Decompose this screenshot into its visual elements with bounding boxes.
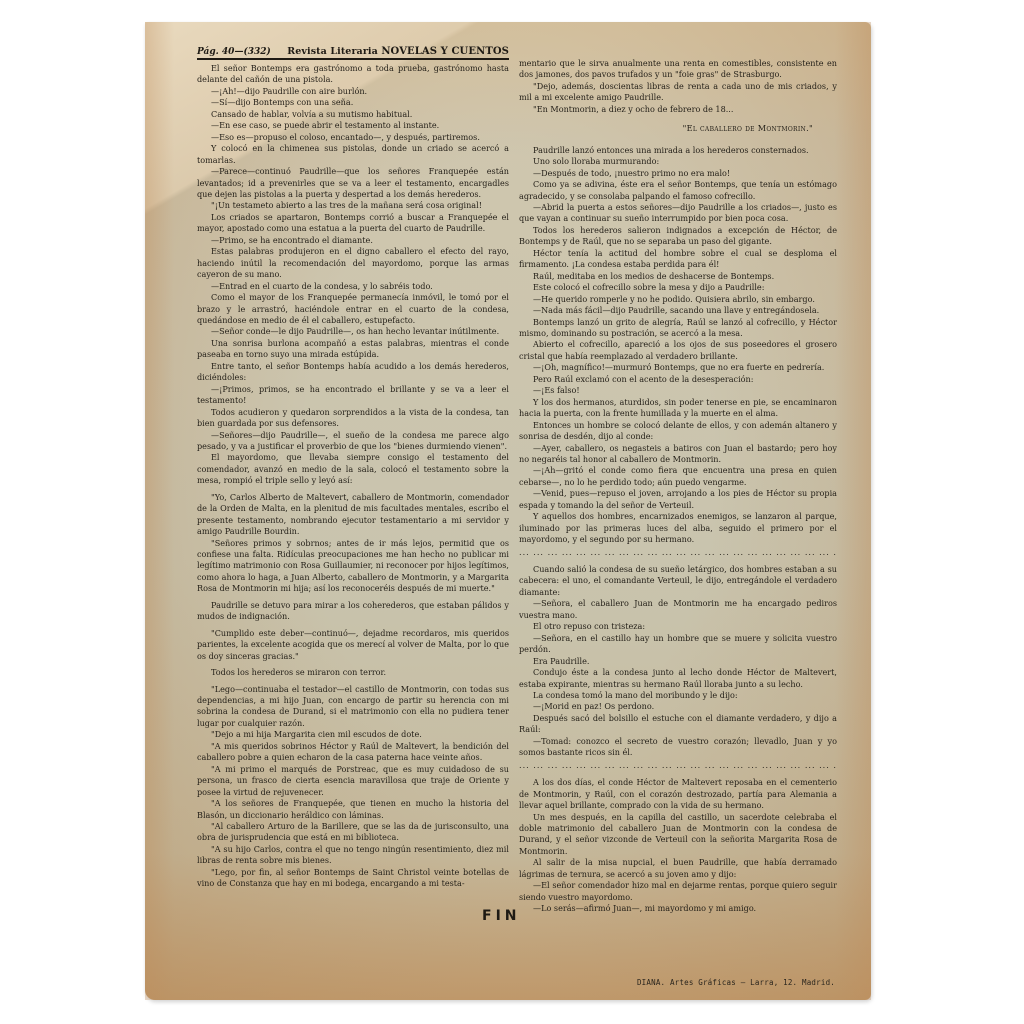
paragraph: Como ya se adivina, éste era el señor Bo… xyxy=(519,179,837,202)
printer-imprint: DIANA. Artes Gráficas — Larra, 12. Madri… xyxy=(637,978,835,987)
paragraph: —Señora, en el castillo hay un hombre qu… xyxy=(519,633,837,656)
paragraph: —Señor conde—le dijo Paudrille—, os han … xyxy=(197,326,509,337)
paragraph: Un mes después, en la capilla del castil… xyxy=(519,812,837,858)
paragraph: —Primo, se ha encontrado el diamante. xyxy=(197,235,509,246)
paragraph: —Venid, pues—repuso el joven, arrojando … xyxy=(519,488,837,511)
magazine-title-name: NOVELAS Y CUENTOS xyxy=(381,46,509,57)
paragraph: mentario que le sirva anualmente una ren… xyxy=(519,58,837,81)
paragraph: Héctor tenía la actitud del hombre sobre… xyxy=(519,248,837,271)
paragraph: —El señor comendador hizo mal en dejarme… xyxy=(519,880,837,903)
paragraph: Como el mayor de los Franquepée permanec… xyxy=(197,292,509,326)
left-text-column: El señor Bontemps era gastrónomo a toda … xyxy=(197,63,509,890)
paragraph: "En Montmorin, a diez y ocho de febrero … xyxy=(519,104,837,115)
paragraph: Y los dos hermanos, aturdidos, sin poder… xyxy=(519,397,837,420)
paragraph: Y aquellos dos hombres, encarnizados ene… xyxy=(519,511,837,545)
paragraph: Paudrille lanzó entonces una mirada a lo… xyxy=(519,145,837,156)
paragraph: Una sonrisa burlona acompañó a estas pal… xyxy=(197,338,509,361)
paragraph: "Señores primos y sobrnos; antes de ir m… xyxy=(197,538,509,595)
paragraph: —Nada más fácil—dijo Paudrille, sacando … xyxy=(519,305,837,316)
signature: "El caballero de Montmorin." xyxy=(519,123,813,134)
paragraph: —¡Es falso! xyxy=(519,385,837,396)
page-number: Pág. 40—(332) xyxy=(197,47,271,57)
paragraph: —En ese caso, se puede abrir el testamen… xyxy=(197,120,509,131)
paragraph: Raúl, meditaba en los medios de deshacer… xyxy=(519,271,837,282)
paragraph: A los dos días, el conde Héctor de Malte… xyxy=(519,777,837,811)
paragraph: Bontemps lanzó un grito de alegría, Raúl… xyxy=(519,317,837,340)
paragraph: —Eso es—propuso el coloso, encantado—, y… xyxy=(197,132,509,143)
section-break: ... ... ... ... ... ... ... ... ... ... … xyxy=(519,760,837,771)
paragraph: "A su hijo Carlos, contra el que no teng… xyxy=(197,844,509,867)
paragraph: —¡Morid en paz! Os perdono. xyxy=(519,701,837,712)
paragraph: "A mis queridos sobrinos Héctor y Raúl d… xyxy=(197,741,509,764)
paragraph: Todos acudieron y quedaron sorprendidos … xyxy=(197,407,509,430)
paragraph: La condesa tomó la mano del moribundo y … xyxy=(519,690,837,701)
magazine-title-prefix: Revista Literaria xyxy=(287,46,378,57)
paragraph: Paudrille se detuvo para mirar a los coh… xyxy=(197,600,509,623)
paragraph: Y colocó en la chimenea sus pistolas, do… xyxy=(197,143,509,166)
paragraph: —¡Ah!—dijo Paudrille con aire burlón. xyxy=(197,86,509,97)
paragraph: —Abrid la puerta a estos señores—dijo Pa… xyxy=(519,202,837,225)
paragraph: "¡Un testameto abierto a las tres de la … xyxy=(197,200,509,211)
magazine-title: Revista Literaria NOVELAS Y CUENTOS xyxy=(287,46,509,57)
paragraph: —¡Ah—gritó el conde como fiera que encue… xyxy=(519,465,837,488)
paragraph: —Parece—continuó Paudrille—que los señor… xyxy=(197,166,509,200)
page-header: Pág. 40—(332) Revista Literaria NOVELAS … xyxy=(197,46,509,60)
paragraph: "Cumplido este deber—continuó—, dejadme … xyxy=(197,628,509,662)
paragraph: "A mi primo el marqués de Porstreac, que… xyxy=(197,764,509,798)
paragraph: "Yo, Carlos Alberto de Maltevert, caball… xyxy=(197,492,509,538)
paragraph: Al salir de la misa nupcial, el buen Pau… xyxy=(519,857,837,880)
paragraph: "Al caballero Arturo de la Barillere, qu… xyxy=(197,821,509,844)
paragraph: Todos los herederos se miraron con terro… xyxy=(197,667,509,678)
paragraph: "Lego, por fin, al señor Bontemps de Sai… xyxy=(197,867,509,890)
paragraph: "Dejo a mi hija Margarita cien mil escud… xyxy=(197,729,509,740)
paragraph: —Lo serás—afirmó Juan—, mi mayordomo y m… xyxy=(519,903,837,914)
paragraph: "Lego—continuaba el testador—el castillo… xyxy=(197,684,509,730)
paragraph: —Señora, el caballero Juan de Montmorin … xyxy=(519,598,837,621)
paragraph: "A los señores de Franquepée, que tienen… xyxy=(197,798,509,821)
paragraph: —Después de todo, ¡nuestro primo no era … xyxy=(519,168,837,179)
paragraph: —He querido romperle y no he podido. Qui… xyxy=(519,294,837,305)
paragraph: Cansado de hablar, volvía a su mutismo h… xyxy=(197,109,509,120)
paragraph: El señor Bontemps era gastrónomo a toda … xyxy=(197,63,509,86)
paragraph: Entonces un hombre se colocó delante de … xyxy=(519,420,837,443)
paragraph: Cuando salió la condesa de su sueño letá… xyxy=(519,564,837,598)
paragraph: El otro repuso con tristeza: xyxy=(519,621,837,632)
paragraph: —¡Oh, magnífico!—murmuró Bontemps, que n… xyxy=(519,362,837,373)
paragraph: Todos los herederos salieron indignados … xyxy=(519,225,837,248)
magazine-page: Pág. 40—(332) Revista Literaria NOVELAS … xyxy=(145,22,871,1000)
paragraph: Después sacó del bolsillo el estuche con… xyxy=(519,713,837,736)
paragraph: Estas palabras produjeron en el digno ca… xyxy=(197,246,509,280)
paragraph: Era Paudrille. xyxy=(519,656,837,667)
paragraph: El mayordomo, que llevaba siempre consig… xyxy=(197,452,509,486)
paragraph: —Ayer, caballero, os negasteis a batiros… xyxy=(519,443,837,466)
paragraph: Los criados se apartaron, Bontemps corri… xyxy=(197,212,509,235)
paragraph: —Señores—dijo Paudrille—, el sueño de la… xyxy=(197,430,509,453)
paragraph: Abierto el cofrecillo, apareció a los oj… xyxy=(519,339,837,362)
paragraph: —¡Primos, primos, se ha encontrado el br… xyxy=(197,384,509,407)
paragraph: Condujo éste a la condesa junto al lecho… xyxy=(519,667,837,690)
paragraph: Este colocó el cofrecillo sobre la mesa … xyxy=(519,282,837,293)
paragraph: Uno solo lloraba murmurando: xyxy=(519,156,837,167)
right-text-column: mentario que le sirva anualmente una ren… xyxy=(519,58,837,915)
paragraph: —Sí—dijo Bontemps con una seña. xyxy=(197,97,509,108)
paragraph: Pero Raúl exclamó con el acento de la de… xyxy=(519,374,837,385)
paragraph: —Tomad: conozco el secreto de vuestro co… xyxy=(519,736,837,759)
paragraph: "Dejo, además, doscientas libras de rent… xyxy=(519,81,837,104)
end-mark: FIN xyxy=(482,908,521,924)
paragraph: Entre tanto, el señor Bontemps había acu… xyxy=(197,361,509,384)
section-break: ... ... ... ... ... ... ... ... ... ... … xyxy=(519,547,837,558)
paragraph: —Entrad en el cuarto de la condesa, y lo… xyxy=(197,281,509,292)
